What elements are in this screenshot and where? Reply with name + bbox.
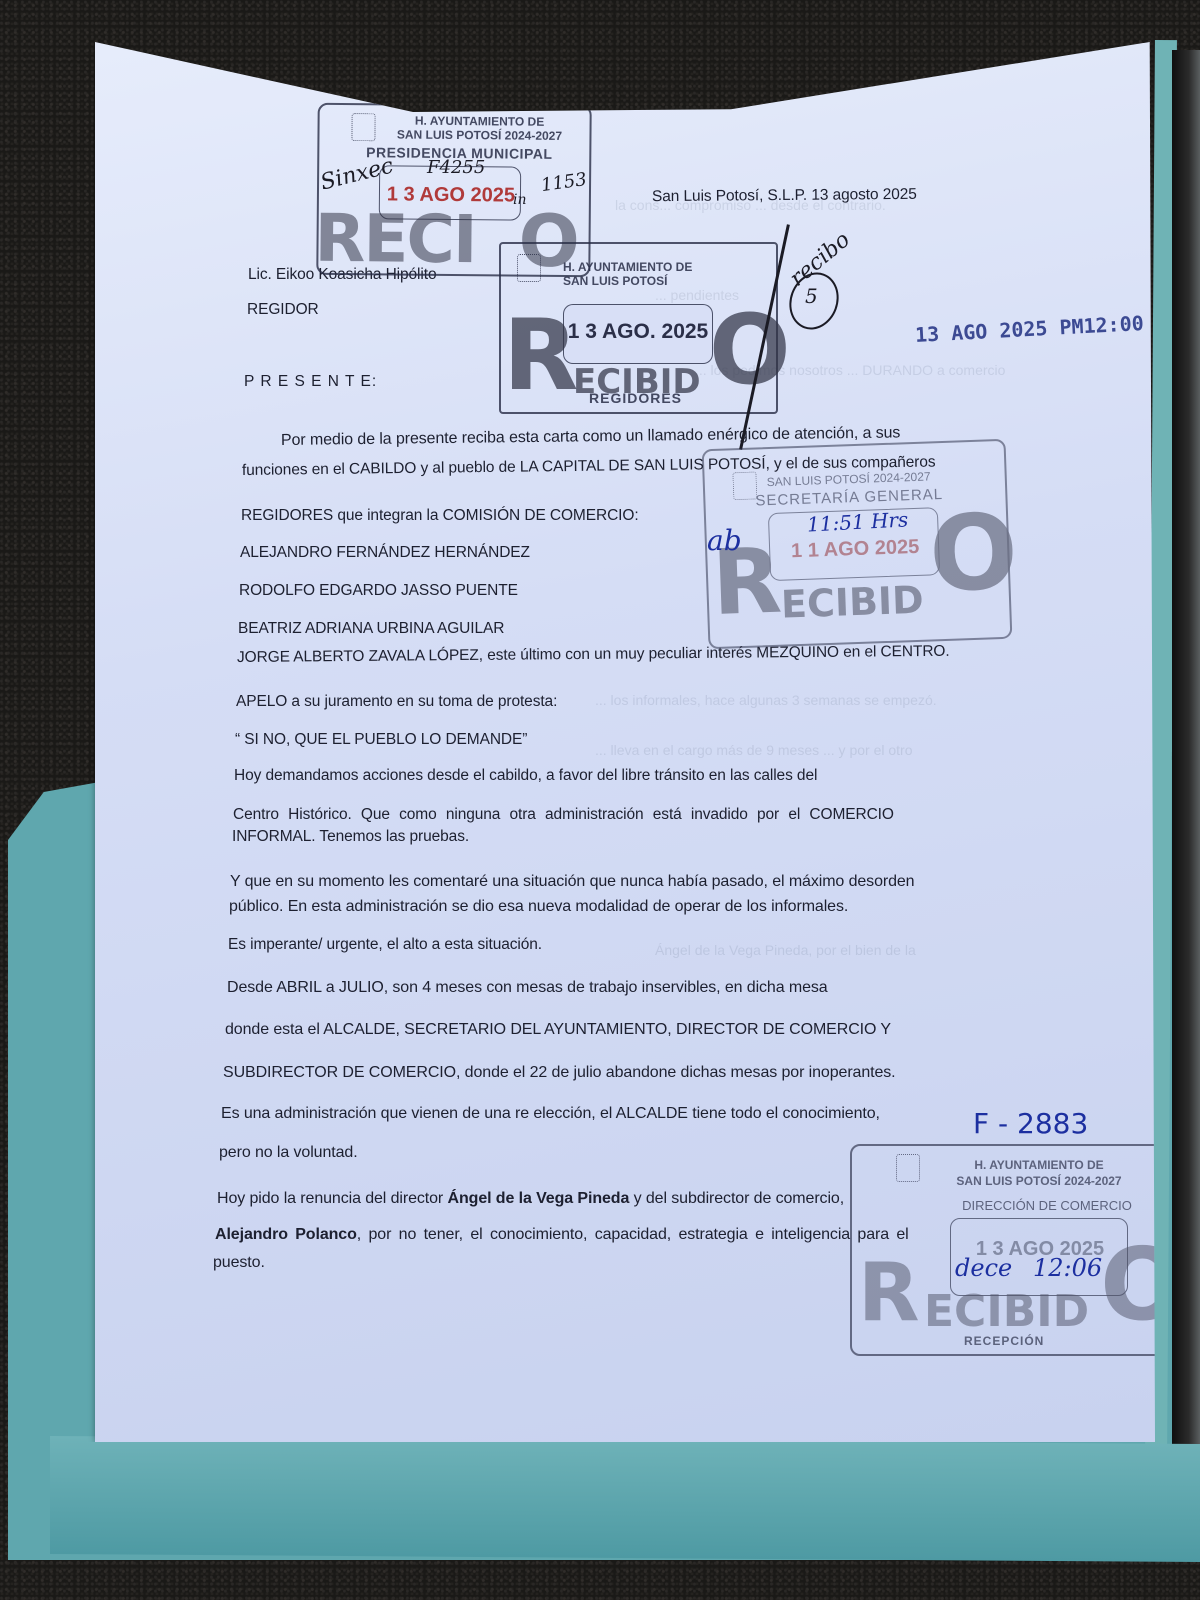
resign-pre: Hoy pido la renuncia del director xyxy=(217,1190,448,1207)
admin-line-1: Es una administración que vienen de una … xyxy=(221,1105,880,1123)
subdirector-name: Alejandro Polanco xyxy=(215,1226,357,1243)
situation-line-2: público. En esta administración se dio e… xyxy=(229,898,848,916)
handwritten-name-dece: dece xyxy=(955,1254,1012,1282)
handwritten-initials: ab xyxy=(707,524,742,557)
letter-page: la cons... compromiso ... desde el contr… xyxy=(95,42,1155,1442)
handwritten-number-5: 5 xyxy=(805,284,818,308)
resign-reason: , por no tener, el conocimiento, capacid… xyxy=(357,1226,909,1243)
admin-line-2: pero no la voluntad. xyxy=(219,1144,358,1162)
oath-quote: “ SI NO, QUE EL PUEBLO LO DEMANDE” xyxy=(235,731,527,749)
stamp-date: 1 3 AGO. 2025 xyxy=(563,320,713,344)
plastic-sleeve xyxy=(1172,50,1200,1470)
stamp-big-o: O xyxy=(927,491,1018,616)
municipal-crest-icon xyxy=(732,471,757,500)
situation-line-1: Y que en su momento les comentaré una si… xyxy=(230,873,915,891)
tables-line-1: Desde ABRIL a JULIO, son 4 meses con mes… xyxy=(227,979,828,997)
resign-post: y del subdirector de comercio, xyxy=(629,1190,844,1207)
demand-line-3: INFORMAL. Tenemos las pruebas. xyxy=(232,828,469,846)
member-4: JORGE ALBERTO ZAVALA LÓPEZ, este último … xyxy=(237,643,950,667)
place-date: San Luis Potosí, S.L.P. 13 agosto 2025 xyxy=(652,186,917,206)
handwritten-time-1206: 12:06 xyxy=(1033,1254,1102,1282)
teal-folder-bottom xyxy=(50,1436,1200,1562)
municipal-crest-icon xyxy=(517,254,541,282)
handwritten-folio-f2883: F - 2883 xyxy=(973,1107,1088,1140)
stamp-big-ecibid: ECIBID xyxy=(780,578,924,627)
municipal-crest-icon xyxy=(896,1154,920,1182)
resign-line-1: Hoy pido la renuncia del director Ángel … xyxy=(217,1190,844,1208)
member-2: RODOLFO EDGARDO JASSO PUENTE xyxy=(239,582,518,600)
tables-line-3: SUBDIRECTOR DE COMERCIO, donde el 22 de … xyxy=(223,1064,896,1082)
recipient-title: REGIDOR xyxy=(247,301,319,319)
stamp-secretaria-general: SAN LUIS POTOSÍ 2024-2027 SECRETARÍA GEN… xyxy=(702,439,1013,649)
member-3: BEATRIZ ADRIANA URBINA AGUILAR xyxy=(238,620,504,638)
salutation: P R E S E N T E: xyxy=(244,373,377,391)
stamp-big-ecibid: ECIBID xyxy=(924,1286,1089,1337)
time-clock-stamp: 13 AGO 2025 PM12:00 xyxy=(915,311,1145,347)
oath-intro: APELO a su juramento en su toma de prote… xyxy=(236,693,557,711)
commission-intro: REGIDORES que integran la COMISIÓN DE CO… xyxy=(241,507,639,525)
member-1: ALEJANDRO FERNÁNDEZ HERNÁNDEZ xyxy=(240,544,530,562)
director-name: Ángel de la Vega Pineda xyxy=(448,1190,630,1207)
stamp-regidores: H. AYUNTAMIENTO DE SAN LUIS POTOSÍ 1 3 A… xyxy=(499,242,778,414)
stamp-recepcion-comercio: H. AYUNTAMIENTO DE SAN LUIS POTOSÍ 2024-… xyxy=(850,1144,1169,1356)
resign-end: puesto. xyxy=(213,1254,265,1272)
handwritten-folio-f4255: F4255 xyxy=(427,157,485,178)
municipal-crest-icon xyxy=(351,113,375,141)
demand-line-2: Centro Histórico. Que como ninguna otra … xyxy=(233,806,894,824)
stamp-big-r: R xyxy=(503,299,576,413)
stamp-big-r: R xyxy=(858,1246,918,1339)
handwritten-in: in xyxy=(513,192,527,208)
urgent-line: Es imperante/ urgente, el alto a esta si… xyxy=(228,936,542,954)
resign-line-2: Alejandro Polanco, por no tener, el cono… xyxy=(215,1226,909,1244)
demand-line-1: Hoy demandamos acciones desde el cabildo… xyxy=(234,767,817,785)
stamp-big-o: O xyxy=(709,294,789,406)
tables-line-2: donde esta el ALCALDE, SECRETARIO DEL AY… xyxy=(225,1021,891,1039)
